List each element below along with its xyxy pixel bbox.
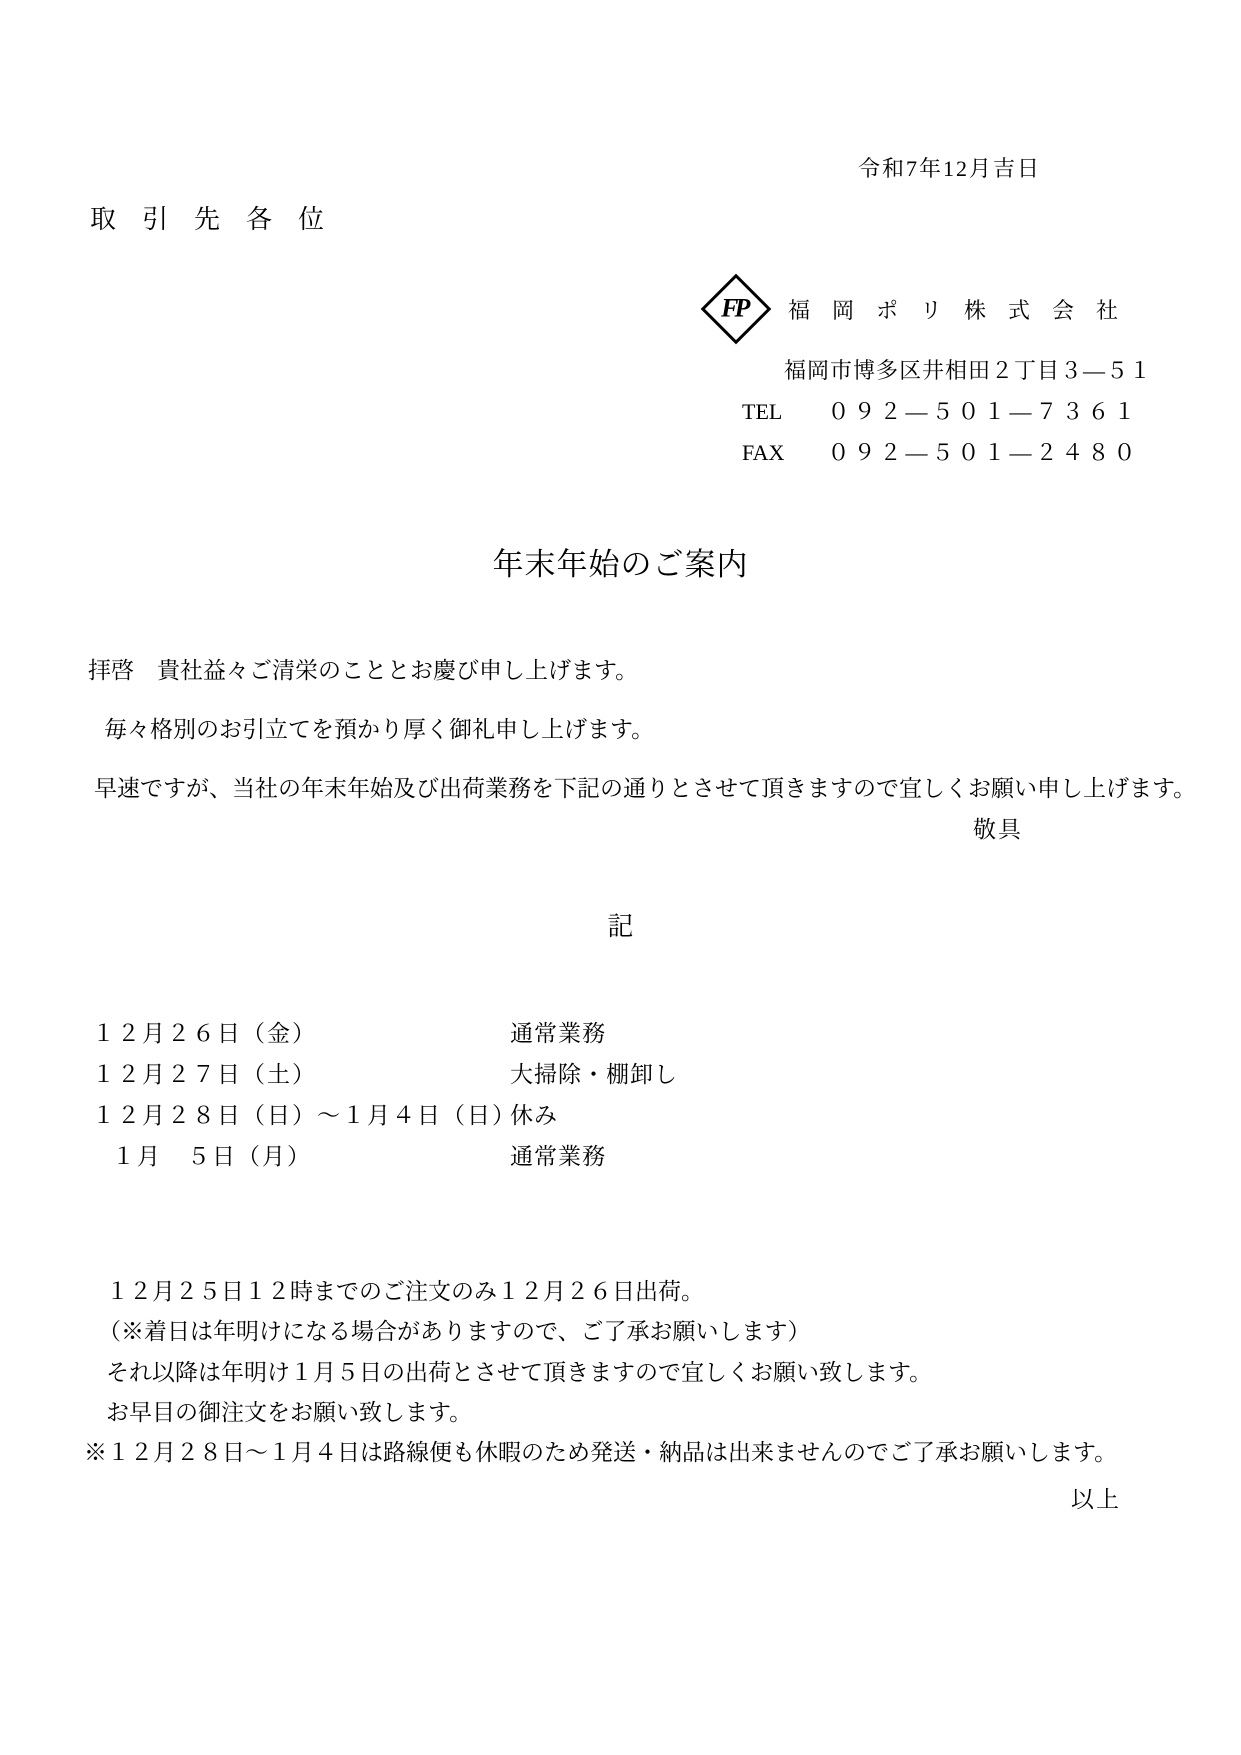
diamond-logo-icon: FP bbox=[701, 274, 772, 345]
greeting-line: 早速ですが、当社の年末年始及び出荷業務を下記の通りとさせて頂きますので宜しくお願… bbox=[94, 770, 1241, 803]
schedule-status: 通常業務 bbox=[510, 1015, 606, 1048]
closing-word: 敬具 bbox=[0, 811, 1241, 844]
tel-label: TEL bbox=[742, 399, 794, 425]
schedule-row: １２月２７日（土） 大掃除・棚卸し bbox=[92, 1056, 1241, 1097]
fax-label: FAX bbox=[742, 440, 794, 466]
logo-monogram: FP bbox=[721, 296, 750, 322]
schedule-row: １２月２８日（日）～１月４日（日） 休み bbox=[92, 1097, 1241, 1138]
schedule-date: １２月２８日（日）～１月４日（日） bbox=[92, 1097, 510, 1130]
note-line: １２月２５日１２時までのご注文のみ１２月２６日出荷。 bbox=[106, 1279, 1241, 1304]
schedule-date: １月 ５日（月） bbox=[92, 1138, 510, 1171]
company-fax-line: FAX ０９２―５０１―２４８０ bbox=[742, 436, 1241, 467]
note-line: それ以降は年明け１月５日の出荷とさせて頂きますので宜しくお願い致します。 bbox=[106, 1360, 1241, 1385]
addressee-line: 取 引 先 各 位 bbox=[90, 199, 1241, 236]
company-name: 福 岡 ポ リ 株 式 会 社 bbox=[788, 294, 1118, 325]
company-address: 福岡市博多区井相田２丁目３―５１ bbox=[784, 354, 1241, 385]
schedule-status: 通常業務 bbox=[510, 1138, 606, 1171]
company-tel-line: TEL ０９２―５０１―７３６１ bbox=[742, 395, 1241, 426]
notes-section: １２月２５日１２時までのご注文のみ１２月２６日出荷。 （※着日は年明けになる場合… bbox=[0, 1279, 1241, 1465]
document-page: 令和7年12月吉日 取 引 先 各 位 FP 福 岡 ポ リ 株 式 会 社 福… bbox=[0, 0, 1241, 1755]
schedule-date: １２月２６日（金） bbox=[92, 1015, 510, 1048]
sender-company-row: FP 福 岡 ポ リ 株 式 会 社 bbox=[700, 278, 1241, 340]
note-line: ※１２月２８日～１月４日は路線便も休暇のため発送・納品は出来ませんのでご了承お願… bbox=[84, 1440, 1241, 1465]
note-line: お早目の御注文をお願い致します。 bbox=[106, 1400, 1241, 1425]
note-line: （※着日は年明けになる場合がありますので、ご了承お願いします） bbox=[98, 1319, 1241, 1344]
fax-number: ０９２―５０１―２４８０ bbox=[828, 440, 1140, 465]
tel-number: ０９２―５０１―７３６１ bbox=[828, 399, 1140, 424]
greeting-section: 拝啓 貴社益々ご清栄のこととお慶び申し上げます。 毎々格別のお引立てを預かり厚く… bbox=[0, 652, 1241, 803]
end-marker: 以上 bbox=[0, 1481, 1241, 1514]
schedule-date: １２月２７日（土） bbox=[92, 1056, 510, 1089]
schedule-status: 大掃除・棚卸し bbox=[510, 1056, 678, 1089]
greeting-line: 毎々格別のお引立てを預かり厚く御礼申し上げます。 bbox=[104, 711, 1241, 744]
greeting-line: 拝啓 貴社益々ご清栄のこととお慶び申し上げます。 bbox=[88, 652, 1241, 685]
company-logo: FP bbox=[700, 278, 772, 340]
schedule-list: １２月２６日（金） 通常業務 １２月２７日（土） 大掃除・棚卸し １２月２８日（… bbox=[92, 1015, 1241, 1179]
record-marker: 記 bbox=[0, 906, 1241, 943]
document-date: 令和7年12月吉日 bbox=[0, 0, 1241, 183]
sender-block: FP 福 岡 ポ リ 株 式 会 社 福岡市博多区井相田２丁目３―５１ TEL … bbox=[700, 278, 1241, 467]
schedule-status: 休み bbox=[510, 1097, 558, 1130]
schedule-row: １２月２６日（金） 通常業務 bbox=[92, 1015, 1241, 1056]
schedule-row: １月 ５日（月） 通常業務 bbox=[92, 1138, 1241, 1179]
document-title: 年末年始のご案内 bbox=[0, 539, 1241, 584]
